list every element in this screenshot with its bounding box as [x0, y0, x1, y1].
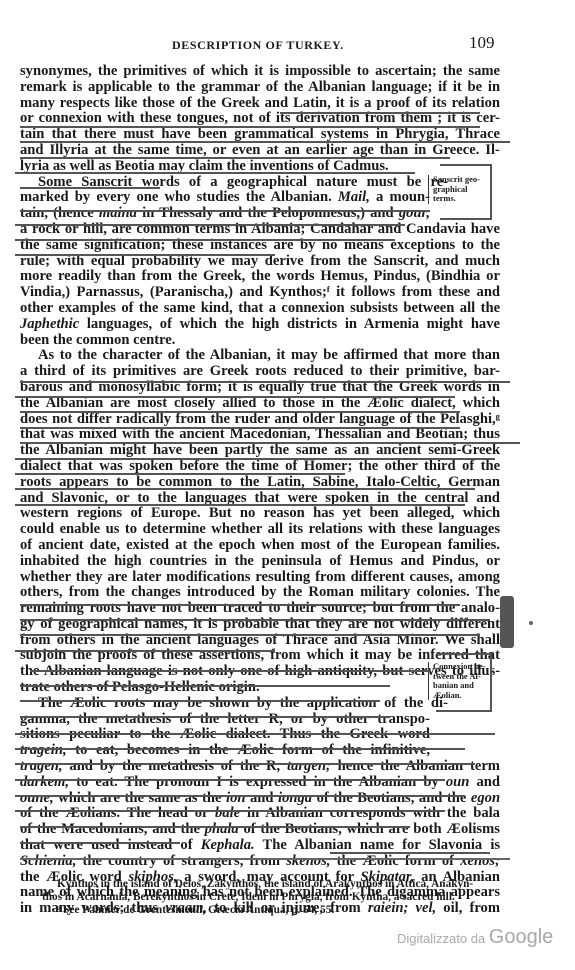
text-line: rule; with equal probability we may deri… — [20, 254, 500, 270]
pencil-underline — [15, 172, 415, 174]
pencil-underline — [20, 619, 490, 621]
sidenote-bracket — [436, 653, 492, 712]
footnote-rule — [20, 858, 510, 860]
pencil-underline — [20, 411, 460, 413]
text-line: synonymes, the primitives of which it is… — [20, 64, 500, 80]
pencil-underline — [15, 396, 455, 398]
pencil-underline — [15, 795, 465, 797]
pencil-underline — [20, 842, 180, 844]
pencil-underline — [20, 187, 160, 189]
pencil-underline — [280, 112, 480, 114]
pencil-underline — [15, 748, 465, 750]
text-line: Japhethic languages, of which the high d… — [20, 317, 500, 333]
watermark-brand: Google — [489, 926, 554, 948]
pencil-underline — [20, 210, 430, 212]
pencil-underline — [20, 716, 390, 718]
pencil-underline — [20, 826, 410, 828]
text-line: other examples of the same kind, that a … — [20, 301, 500, 317]
text-line: tragen, and by the metathesis of the R, … — [20, 759, 500, 775]
text-line: Schienia, the country of strangers, from… — [20, 854, 500, 870]
pencil-underline — [20, 634, 480, 636]
text-line: darkem, to eat. The pronoun I is express… — [20, 775, 500, 791]
pencil-underline — [30, 670, 430, 672]
text-line: tain, (hence maina in Thessaly and the P… — [20, 206, 430, 222]
pencil-underline — [20, 442, 520, 444]
pencil-underline — [15, 488, 475, 490]
footnote-line: Kynthos in the island of Delos, Zakyntho… — [42, 878, 512, 891]
page-number: 109 — [469, 33, 495, 53]
text-line: of the Macedonians, and the phala of the… — [20, 822, 500, 838]
text-line: the Albanian might have been partly the … — [20, 443, 500, 459]
text-line: western regions of Europe. But no reason… — [20, 506, 500, 522]
pencil-underline — [20, 604, 460, 606]
running-header-title: DESCRIPTION OF TURKEY. — [172, 38, 344, 53]
pencil-underline — [20, 141, 510, 143]
text-line: a third of its primitives are Greek root… — [20, 364, 500, 380]
text-line: more readily than from the Greek, the wo… — [20, 269, 500, 285]
pencil-underline — [15, 763, 475, 765]
pencil-underline — [15, 733, 495, 735]
pencil-underline — [15, 810, 445, 812]
text-line: marked by every one who studies the Alba… — [20, 190, 430, 206]
pencil-underline — [15, 224, 405, 226]
pencil-underline — [15, 473, 345, 475]
text-line: does not differ radically from the ruder… — [20, 412, 500, 428]
text-line: As to the character of the Albanian, it … — [20, 348, 500, 364]
text-line: inhabited the high countries in the peni… — [20, 554, 500, 570]
pencil-underline — [15, 239, 395, 241]
pencil-underline — [20, 685, 390, 687]
pencil-underline — [15, 650, 275, 652]
text-line: Vindia,) Parnassus, (Paranischa,) and Ky… — [20, 285, 500, 301]
sidenote-bracket — [440, 164, 492, 220]
text-line: sitions peculiar to the Æolic dialect. T… — [20, 727, 430, 743]
footnote-line: thos in Acarnania, Berekynthos in Crete,… — [42, 891, 512, 904]
text-line: of the Æolians. The head or bale in Alba… — [20, 806, 500, 822]
text-line: remark is applicable to the grammar of t… — [20, 80, 500, 96]
text-line: of ancient date, existed at the epoch wh… — [20, 538, 500, 554]
text-line: tragein, to eat, becomes in the Æolic fo… — [20, 743, 430, 759]
margin-ink-blot — [500, 596, 514, 648]
watermark-prefix: Digitalizzato da — [397, 931, 485, 946]
text-line: could enable us to determine whether all… — [20, 522, 500, 538]
pencil-underline — [15, 779, 445, 781]
pencil-underline — [20, 700, 380, 702]
text-line: or connexion with these tongues, not of … — [20, 111, 500, 127]
pencil-underline — [15, 254, 275, 256]
text-line: many respects like those of the Greek an… — [20, 96, 500, 112]
text-line: oune, which are the same as the ion and … — [20, 791, 500, 807]
pencil-underline — [330, 852, 490, 854]
footnotes: Kynthos in the island of Delos, Zakyntho… — [42, 878, 512, 917]
pencil-underline — [20, 381, 510, 383]
pencil-underline — [20, 126, 480, 128]
ink-dot — [529, 621, 533, 625]
text-line: The Æolic roots may be shown by the appl… — [20, 696, 448, 712]
pencil-underline — [20, 427, 460, 429]
text-line: the Albanian are most closely allied to … — [20, 396, 500, 412]
digitization-watermark: Digitalizzato da Google — [397, 926, 553, 949]
text-line: been the common centre. — [20, 333, 500, 349]
text-line: that was mixed with the ancient Macedoni… — [20, 427, 500, 443]
text-line: whether they are later modifications res… — [20, 570, 500, 586]
footnote-line: ᵍ See Palmier de Grentesmenil, Græcia An… — [42, 904, 512, 917]
pencil-underline — [15, 458, 495, 460]
text-line: others, from the changes introduced by t… — [20, 585, 500, 601]
pencil-underline — [20, 157, 450, 159]
pencil-underline — [15, 504, 465, 506]
text-line: gamma, the metathesis of the letter R, o… — [20, 712, 430, 728]
